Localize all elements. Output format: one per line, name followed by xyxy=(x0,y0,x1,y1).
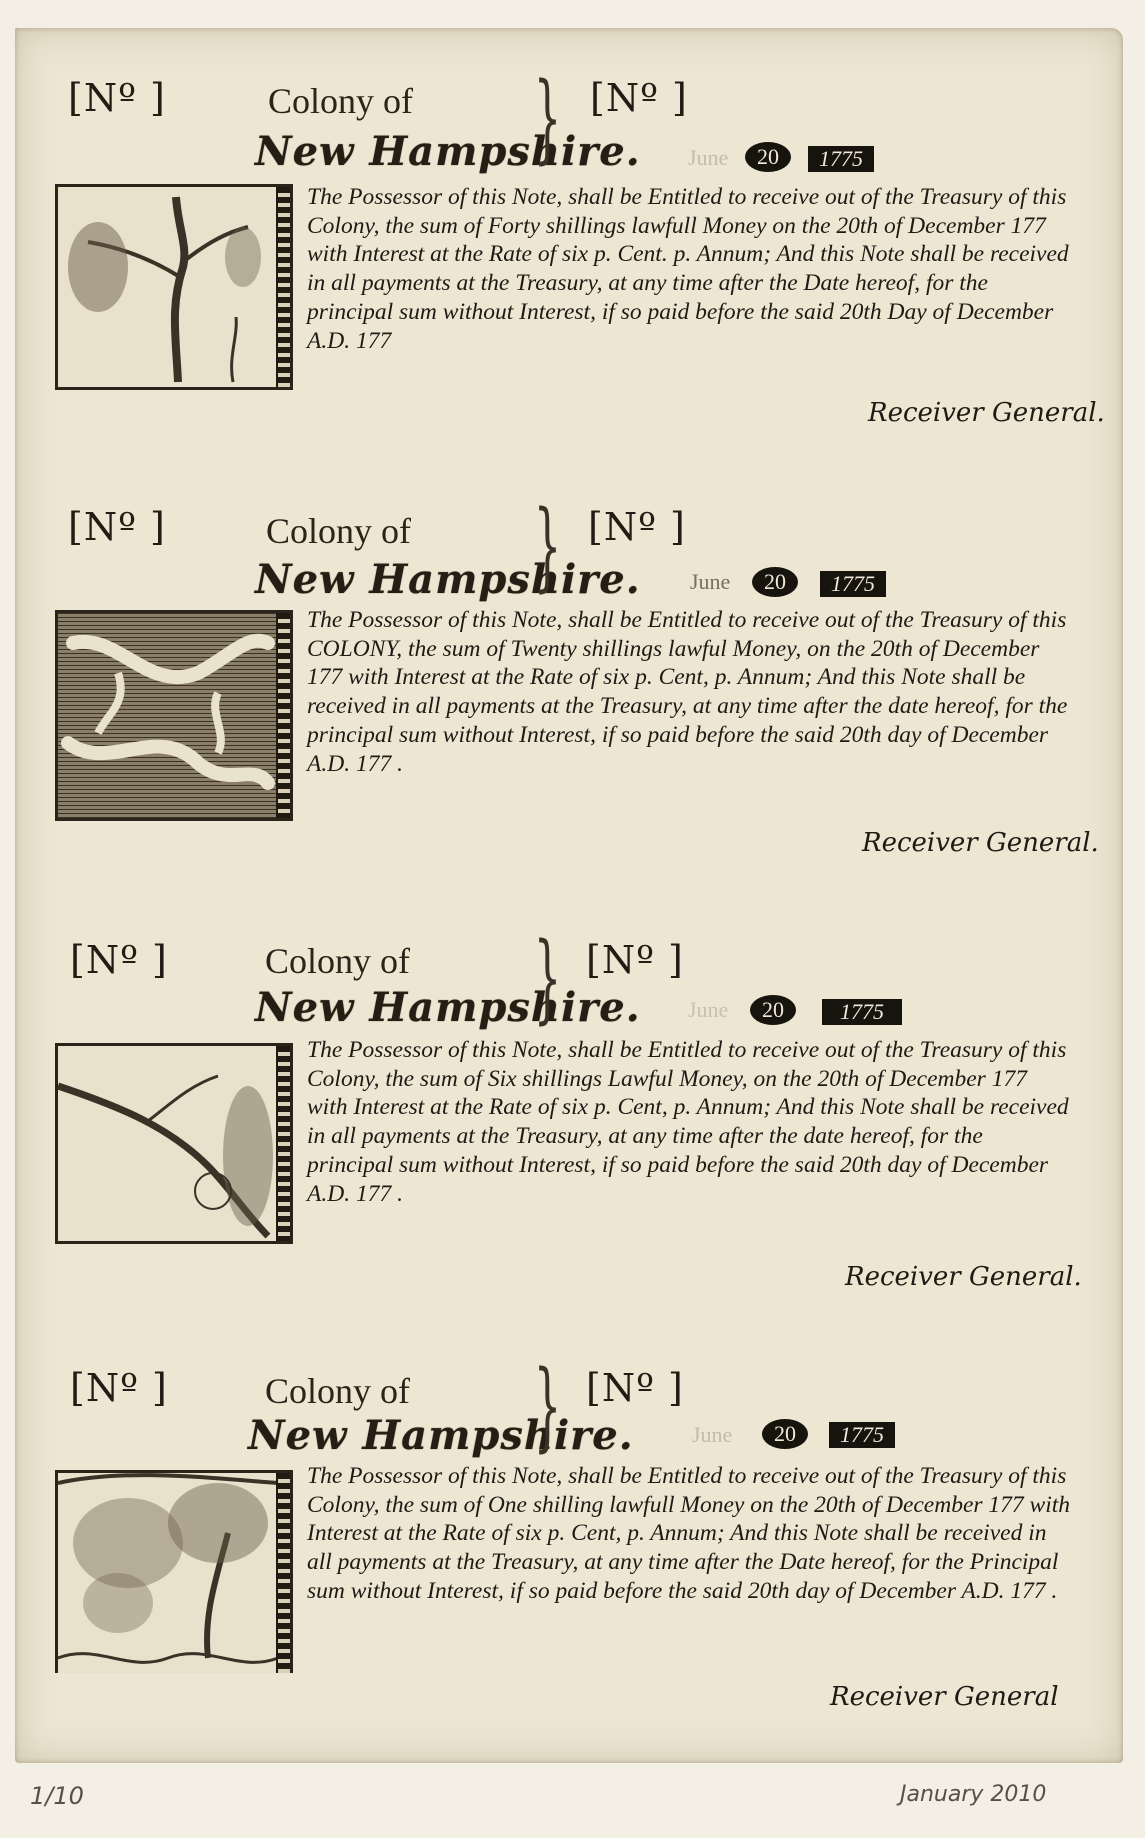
province-title: New Hampshire. xyxy=(255,128,641,175)
note-body-text: The Possessor of this Note, shall be Ent… xyxy=(307,1036,1072,1208)
note-body-text: The Possessor of this Note, shall be Ent… xyxy=(307,1462,1072,1606)
vignette-border-edge xyxy=(276,1473,290,1673)
note-forty-shillings: [Nº ] Colony of New Hampshire. } [Nº ] J… xyxy=(0,0,1145,430)
edition-number: 1/10 xyxy=(30,1782,84,1810)
acanthus-leaf-icon xyxy=(58,613,278,818)
signature-line: Receiver General. xyxy=(862,828,1099,858)
brace-ornament: } xyxy=(534,70,561,166)
serial-number-left: [Nº ] xyxy=(68,76,166,120)
brace-ornament: } xyxy=(534,498,561,594)
year-badge: 1775 xyxy=(820,571,886,597)
day-badge: 20 xyxy=(752,567,798,597)
note-body-text: The Possessor of this Note, shall be Ent… xyxy=(307,183,1072,355)
serial-number-right: [Nº ] xyxy=(586,1366,684,1410)
day-badge: 20 xyxy=(745,142,791,172)
vignette-foliage-tree xyxy=(55,1470,293,1673)
branch-icon xyxy=(58,1046,278,1241)
colony-of-label: Colony of xyxy=(265,940,410,982)
month-label: June xyxy=(688,997,728,1023)
colony-of-label: Colony of xyxy=(266,510,411,552)
note-six-shillings: [Nº ] Colony of New Hampshire. } [Nº ] J… xyxy=(0,860,1145,1290)
note-twenty-shillings: [Nº ] Colony of New Hampshire. } [Nº ] J… xyxy=(0,430,1145,860)
serial-number-left: [Nº ] xyxy=(68,505,166,549)
vignette-branch xyxy=(55,1043,293,1244)
colony-of-label: Colony of xyxy=(265,1370,410,1412)
artist-date: January 2010 xyxy=(900,1782,1046,1807)
vignette-acanthus xyxy=(55,610,293,821)
signature-line: Receiver General. xyxy=(845,1262,1082,1292)
serial-number-right: [Nº ] xyxy=(586,938,684,982)
vignette-border-edge xyxy=(276,187,290,387)
signature-line: Receiver General xyxy=(830,1682,1059,1712)
foliage-tree-icon xyxy=(58,1473,278,1673)
vignette-tree xyxy=(55,184,293,390)
day-badge: 20 xyxy=(762,1419,808,1449)
province-title: New Hampshire. xyxy=(255,556,641,603)
serial-number-right: [Nº ] xyxy=(588,505,686,549)
province-title: New Hampshire. xyxy=(248,1412,634,1459)
year-badge: 1775 xyxy=(808,146,874,172)
serial-number-left: [Nº ] xyxy=(70,938,168,982)
vignette-border-edge xyxy=(276,613,290,818)
year-badge: 1775 xyxy=(822,999,902,1025)
colony-of-label: Colony of xyxy=(268,80,413,122)
month-label: June xyxy=(692,1422,732,1448)
serial-number-left: [Nº ] xyxy=(70,1366,168,1410)
serial-number-right: [Nº ] xyxy=(590,76,688,120)
note-body-text: The Possessor of this Note, shall be Ent… xyxy=(307,606,1072,778)
brace-ornament: } xyxy=(534,930,561,1026)
signature-line: Receiver General. xyxy=(868,398,1105,428)
tree-icon xyxy=(58,187,278,387)
note-one-shilling: [Nº ] Colony of New Hampshire. } [Nº ] J… xyxy=(0,1290,1145,1720)
day-badge: 20 xyxy=(750,995,796,1025)
province-title: New Hampshire. xyxy=(255,984,641,1031)
month-label: June xyxy=(690,569,730,595)
vignette-border-edge xyxy=(276,1046,290,1241)
month-label: June xyxy=(688,145,728,171)
brace-ornament: } xyxy=(534,1358,561,1454)
year-badge: 1775 xyxy=(829,1422,895,1448)
